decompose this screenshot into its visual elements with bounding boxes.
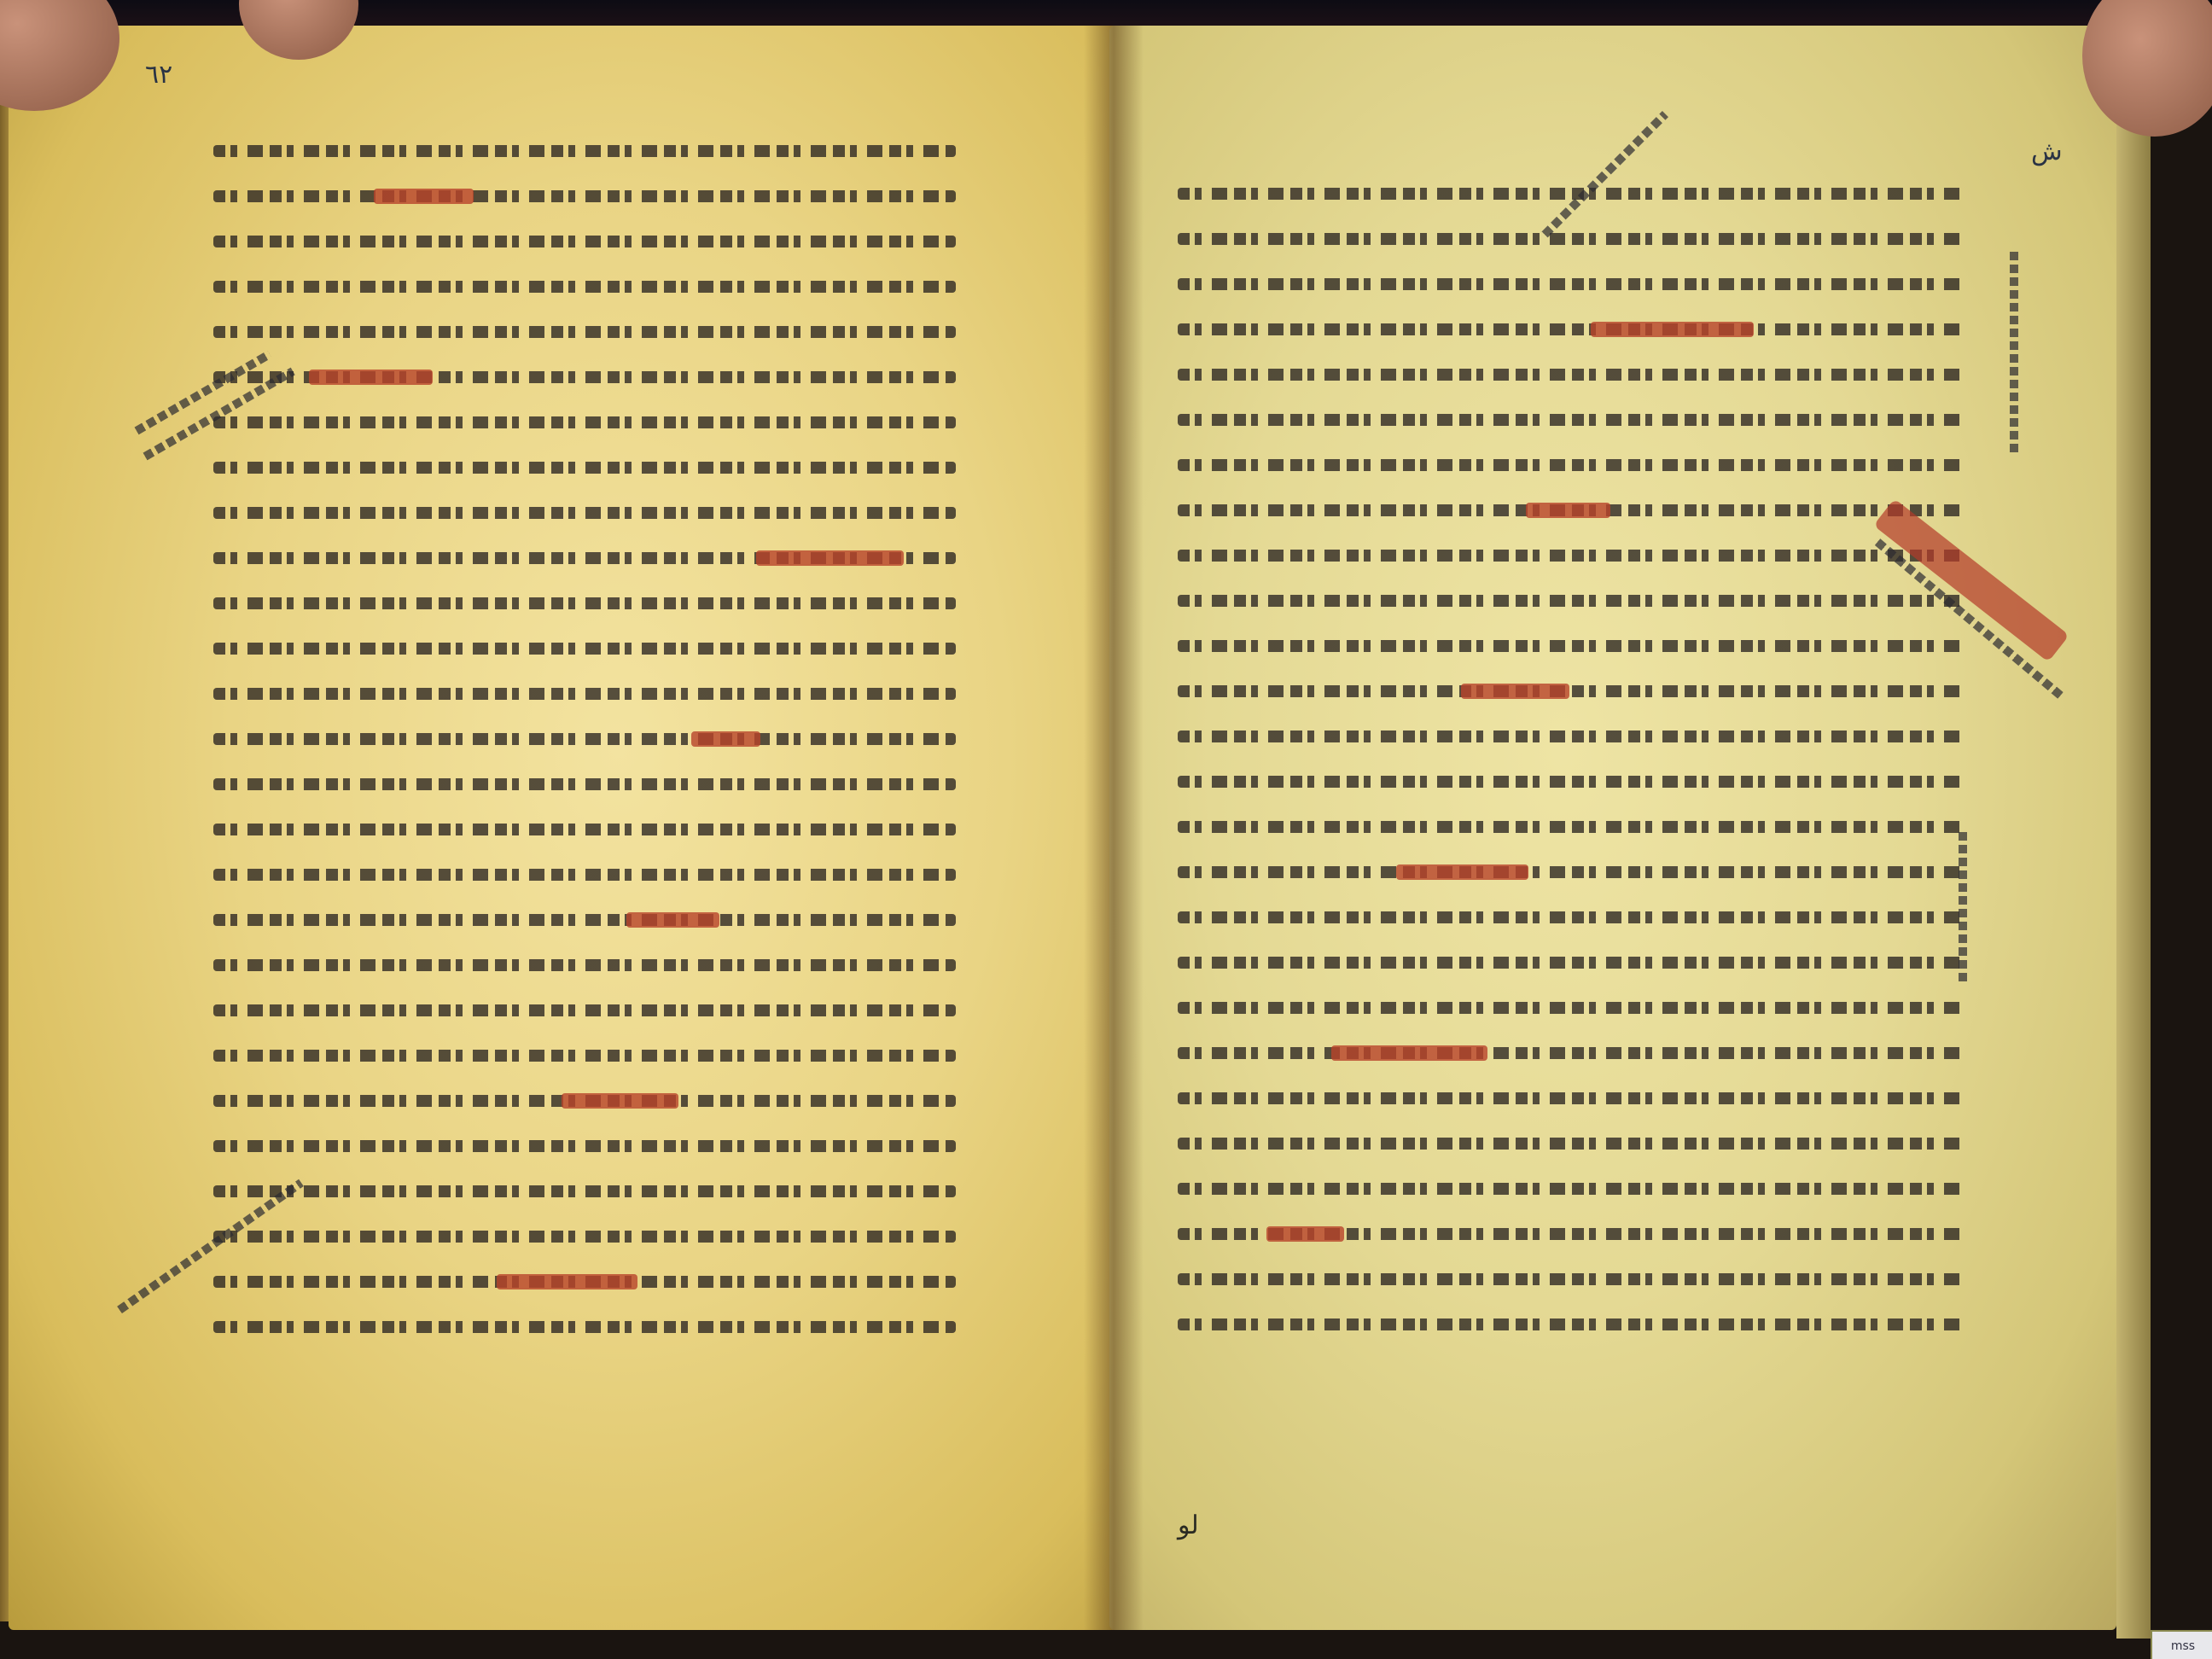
handwritten-text	[213, 1185, 956, 1197]
handwritten-text	[1178, 1002, 1963, 1014]
text-line	[213, 137, 956, 166]
rubric-text	[309, 370, 433, 385]
rubric-text	[497, 1274, 637, 1289]
text-line	[213, 679, 956, 708]
handwritten-text	[213, 1050, 956, 1062]
text-line	[1178, 1084, 1963, 1113]
handwritten-text	[213, 190, 956, 202]
text-line	[1178, 767, 1963, 796]
right-page: ش لو	[1109, 26, 2116, 1630]
text-line	[213, 725, 956, 754]
handwritten-text	[1178, 323, 1963, 335]
text-line	[1178, 496, 1963, 525]
margin-note	[1959, 832, 1967, 986]
rubric-text	[374, 189, 474, 204]
text-line	[213, 1132, 956, 1161]
text-line	[213, 317, 956, 346]
text-line	[1178, 1310, 1963, 1339]
text-line	[213, 1222, 956, 1251]
text-line	[213, 1086, 956, 1115]
handwritten-text	[213, 236, 956, 247]
handwritten-text	[1178, 1092, 1963, 1104]
text-line	[1178, 1174, 1963, 1203]
handwritten-text	[213, 643, 956, 655]
handwritten-text	[1178, 685, 1963, 697]
open-manuscript: ٦٢ ش لو	[0, 17, 2212, 1659]
rubric-text	[691, 731, 760, 747]
left-page: ٦٢	[9, 26, 1118, 1630]
text-line	[213, 1041, 956, 1070]
handwritten-text	[1178, 640, 1963, 652]
library-label: mss	[2151, 1630, 2212, 1659]
text-line	[213, 770, 956, 799]
handwritten-text	[1178, 821, 1963, 833]
text-line	[213, 634, 956, 663]
text-line	[1178, 632, 1963, 661]
text-line	[1178, 722, 1963, 751]
top-corner-note: ش	[2031, 137, 2063, 166]
text-line	[1178, 541, 1963, 570]
text-line	[213, 996, 956, 1025]
handwritten-text	[213, 281, 956, 293]
handwritten-text	[1178, 1138, 1963, 1150]
right-page-text	[1178, 179, 1963, 1355]
handwritten-text	[213, 1321, 956, 1333]
gutter	[1084, 26, 1144, 1630]
rubric-text	[756, 550, 904, 566]
handwritten-text	[213, 1004, 956, 1016]
handwritten-text	[213, 824, 956, 835]
text-line	[213, 589, 956, 618]
text-line	[1178, 1039, 1963, 1068]
text-line	[213, 182, 956, 211]
text-line	[213, 1177, 956, 1206]
handwritten-text	[1178, 1273, 1963, 1285]
text-line	[1178, 315, 1963, 344]
handwritten-text	[213, 1231, 956, 1243]
rubric-text	[626, 912, 719, 928]
text-line	[1178, 1129, 1963, 1158]
margin-note	[2010, 252, 2018, 457]
handwritten-text	[213, 869, 956, 881]
text-line	[1178, 858, 1963, 887]
handwritten-text	[1178, 595, 1963, 607]
text-line	[1178, 812, 1963, 841]
text-line	[1178, 586, 1963, 615]
text-line	[1178, 270, 1963, 299]
text-line	[213, 951, 956, 980]
text-line	[1178, 405, 1963, 434]
handwritten-text	[1178, 414, 1963, 426]
handwritten-text	[1178, 776, 1963, 788]
handwritten-text	[1178, 731, 1963, 742]
text-line	[1178, 224, 1963, 253]
handwritten-text	[1178, 1047, 1963, 1059]
handwritten-text	[213, 462, 956, 474]
handwritten-text	[1178, 866, 1963, 878]
text-line	[213, 860, 956, 889]
handwritten-text	[1178, 233, 1963, 245]
handwritten-text	[1178, 957, 1963, 969]
rubric-text	[1396, 864, 1528, 880]
handwritten-text	[213, 688, 956, 700]
handwritten-text	[1178, 278, 1963, 290]
rubric-text	[1461, 684, 1569, 699]
handwritten-text	[1178, 911, 1963, 923]
handwritten-text	[1178, 1318, 1963, 1330]
handwritten-text	[213, 416, 956, 428]
text-line	[213, 227, 956, 256]
handwritten-text	[1178, 188, 1963, 200]
text-line	[1178, 1220, 1963, 1249]
handwritten-text	[1178, 1183, 1963, 1195]
catchword: لو	[1178, 1511, 1199, 1540]
page-number: ٦٢	[145, 60, 172, 90]
text-line	[1178, 1265, 1963, 1294]
rubric-text	[562, 1093, 678, 1109]
text-line	[213, 815, 956, 844]
text-line	[1178, 903, 1963, 932]
handwritten-text	[1178, 550, 1963, 562]
rubric-text	[1526, 503, 1610, 518]
handwritten-text	[1178, 369, 1963, 381]
text-line	[213, 453, 956, 482]
text-line	[213, 544, 956, 573]
text-line	[1178, 451, 1963, 480]
handwritten-text	[213, 733, 956, 745]
text-line	[213, 905, 956, 934]
text-line	[1178, 677, 1963, 706]
handwritten-text	[213, 326, 956, 338]
left-page-text	[213, 137, 956, 1358]
text-line	[213, 272, 956, 301]
text-line	[213, 1313, 956, 1342]
page-edges-right	[2116, 68, 2151, 1639]
handwritten-text	[213, 507, 956, 519]
handwritten-text	[1178, 459, 1963, 471]
rubric-text	[1591, 322, 1754, 337]
text-line	[1178, 360, 1963, 389]
rubric-text	[1331, 1045, 1487, 1061]
handwritten-text	[213, 778, 956, 790]
handwritten-text	[213, 597, 956, 609]
handwritten-text	[213, 1140, 956, 1152]
text-line	[1178, 993, 1963, 1022]
text-line	[213, 408, 956, 437]
text-line	[1178, 948, 1963, 977]
text-line	[213, 498, 956, 527]
text-line	[213, 363, 956, 392]
handwritten-text	[213, 959, 956, 971]
handwritten-text	[213, 145, 956, 157]
handwritten-text	[213, 914, 956, 926]
rubric-text	[1266, 1226, 1344, 1242]
text-line	[213, 1267, 956, 1296]
